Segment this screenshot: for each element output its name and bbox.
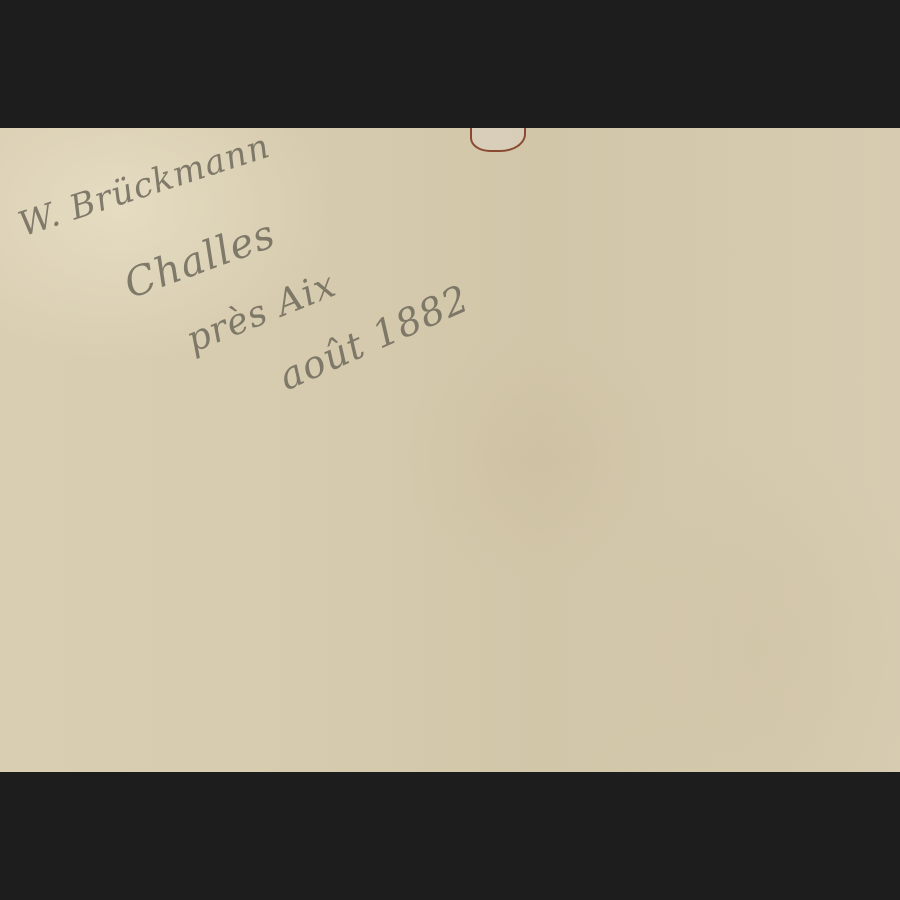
bottom-black-band: [0, 772, 900, 900]
paper-sheet: [0, 128, 900, 772]
top-black-band: [0, 0, 900, 128]
